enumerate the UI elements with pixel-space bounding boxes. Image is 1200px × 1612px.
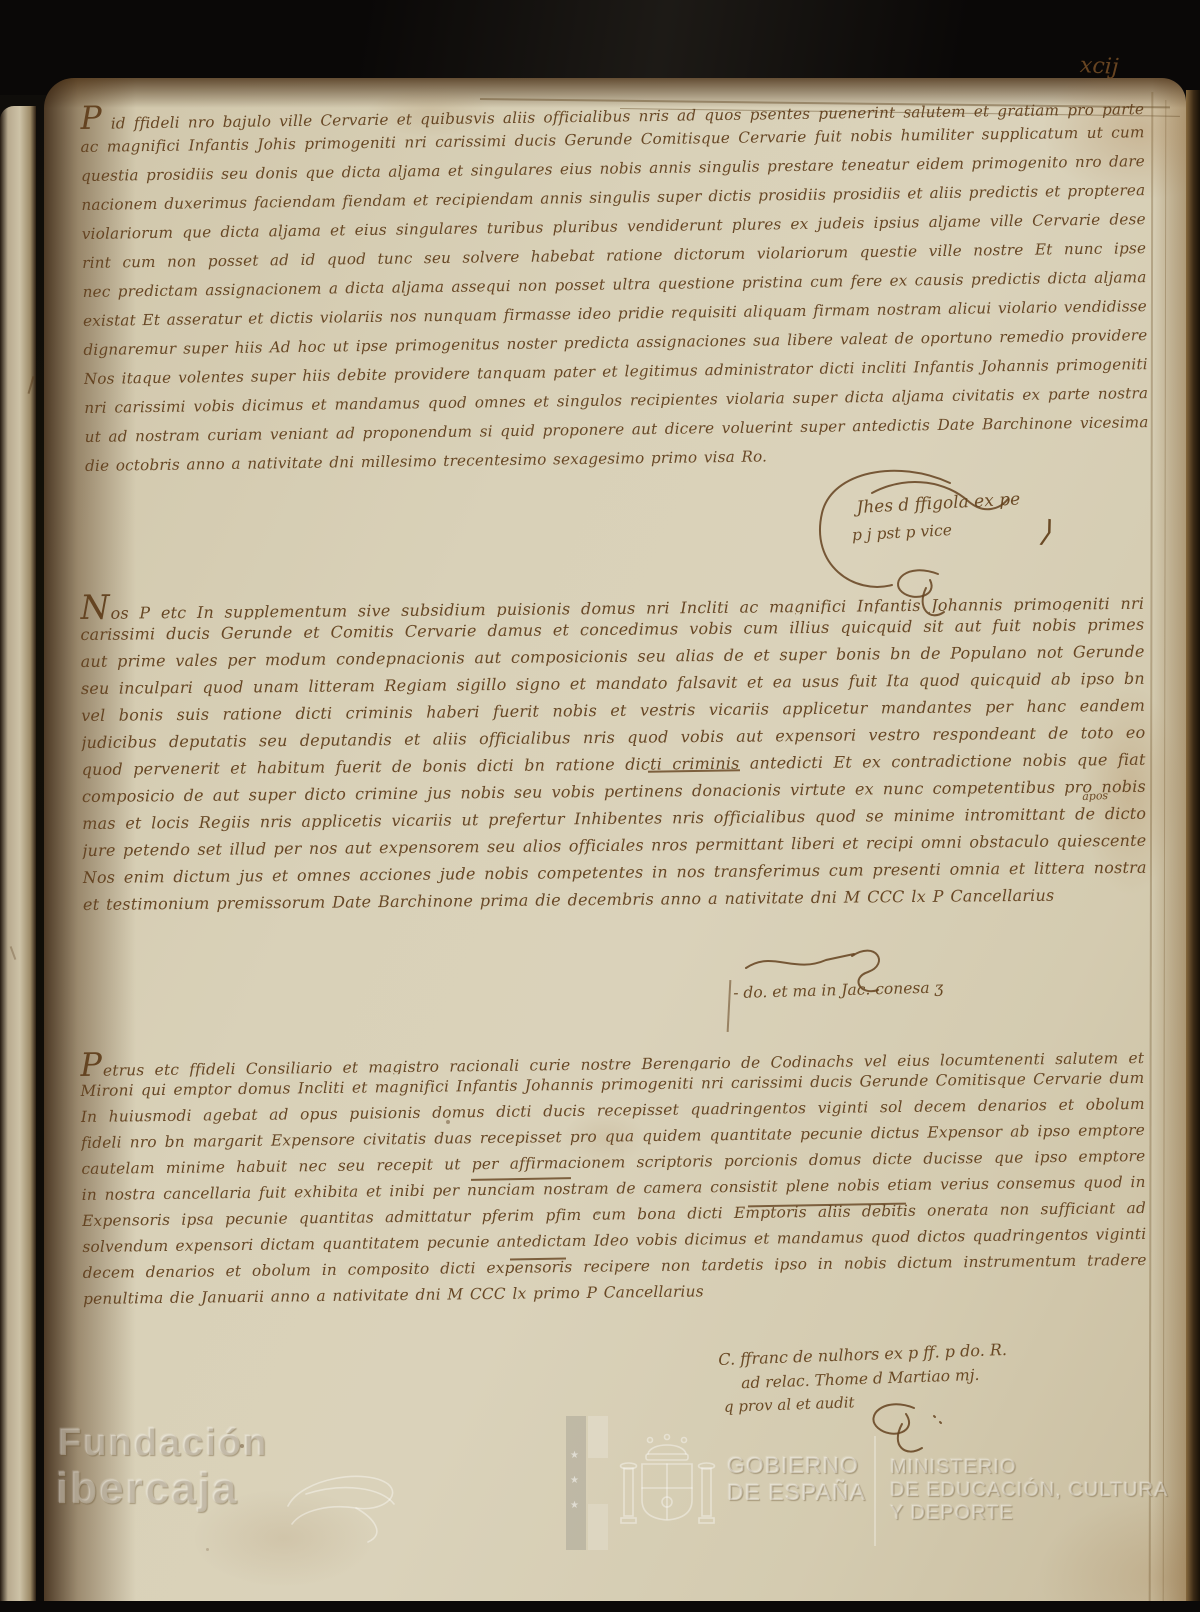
interlinear-note: apos xyxy=(1082,789,1108,803)
ibercaja-watermark-line2: ibercaja xyxy=(56,1464,238,1514)
register-entry-1: P id ffideli nro bajulo ville Cervarie e… xyxy=(80,89,1149,481)
folio-number: xcij xyxy=(1079,53,1119,80)
paraph-mark xyxy=(856,1398,946,1458)
note-line: ad relac. Thome d Martiao mj. xyxy=(741,1365,1008,1392)
watermark-divider xyxy=(874,1436,876,1546)
ink-speck xyxy=(206,1548,209,1551)
spain-coat-of-arms-icon xyxy=(612,1428,724,1546)
ministerio-watermark-line1: MINISTERIO xyxy=(890,1456,1017,1479)
ibercaja-logo-icon xyxy=(272,1452,412,1547)
registration-note: Jhes d ffigola ex pe p j pst p vice xyxy=(856,489,1022,544)
paraph-mark xyxy=(886,566,956,624)
background-bottom xyxy=(0,1601,1200,1612)
gobierno-watermark-line1: GOBIERNO xyxy=(727,1452,859,1479)
gobierno-watermark-line2: DE ESPAÑA xyxy=(727,1479,866,1506)
ministerio-watermark-line3: Y DEPORTE xyxy=(890,1502,1014,1525)
register-entry-3: Petrus etc ffideli Consiliario et magist… xyxy=(80,1039,1147,1312)
ibercaja-watermark-line1: Fundación xyxy=(58,1422,268,1465)
book-fore-edge xyxy=(1186,90,1200,1612)
ministerio-watermark-line2: DE EDUCACIÓN, CULTURA xyxy=(890,1479,1168,1502)
star-icon: ★ xyxy=(570,1450,579,1461)
spain-logo-flag-light xyxy=(588,1416,608,1458)
manuscript-scan: xcij P id ffideli nro bajulo ville Cerva… xyxy=(0,0,1200,1612)
facing-page-edge xyxy=(0,106,36,1612)
star-icon: ★ xyxy=(570,1475,579,1486)
star-icon: ★ xyxy=(570,1500,579,1511)
spain-logo-flag-light xyxy=(588,1504,608,1550)
register-entry-2: Nos P etc In supplementum sive subsidium… xyxy=(80,584,1147,918)
